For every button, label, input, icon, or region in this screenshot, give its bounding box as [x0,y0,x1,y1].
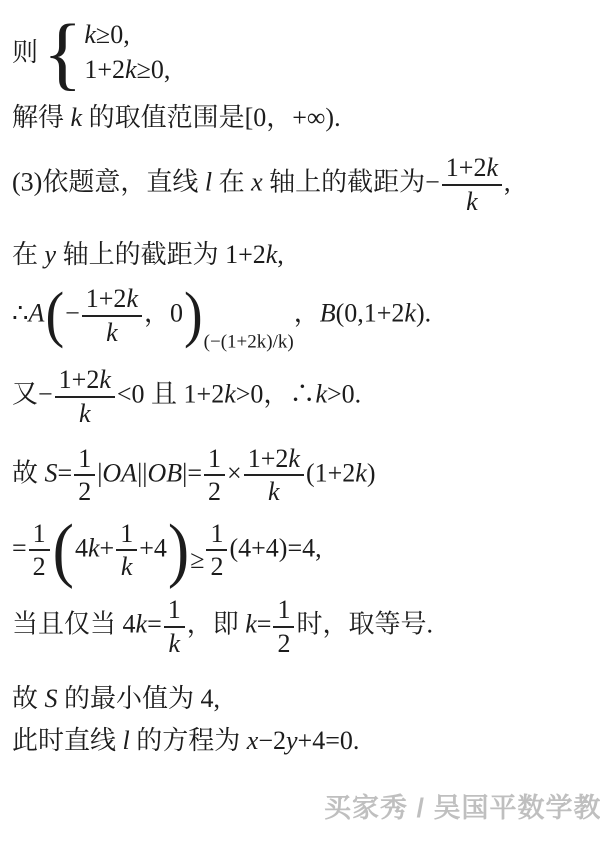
variable: S [45,458,58,487]
text-run: 4 [75,533,88,562]
variable: k [79,399,91,428]
text-run: −2 [258,726,286,755]
variable: y [45,240,57,269]
text-run: ). [416,299,431,328]
denominator: k [55,398,115,427]
case-row: 1+2k≥0, [84,56,170,85]
big-paren-open: ( [45,286,64,346]
numerator: 1 [204,445,225,476]
math-solution-page: 买家秀 / 吴国平数学教育 则 { k≥0, 1+2k≥0, 解得 k 的取值范… [0,0,600,846]
greater-equal-sign: ≥ [190,544,204,577]
math-line-system: 则 { k≥0, 1+2k≥0, [12,16,596,90]
case-row: k≥0, [84,21,170,50]
variable: k [99,365,111,394]
text-run: >0. [327,380,361,409]
numerator: 1 [74,445,95,476]
numerator: 1 [206,520,227,551]
numerator: 1+2k [442,154,502,185]
text-run: (0,1+2 [336,299,405,328]
text-run: 在 [212,168,251,197]
fraction: 1+2kk [82,285,142,346]
math-line-solution-range: 解得 k 的取值范围是[0，+∞). [12,102,596,135]
variable: y [286,726,298,755]
variable: k [315,380,327,409]
left-brace: { [43,16,82,90]
plus-sign: + [100,533,115,562]
math-line-minimum-value: 故 S 的最小值为 4, [12,683,596,716]
fraction: 12 [74,445,95,506]
variable: S [45,684,58,713]
numerator: 1+2k [244,445,304,476]
variable: k [486,153,498,182]
numerator: 1+2k [82,285,142,316]
math-line-final-equation: 此时直线 l 的方程为 x−2y+4=0. [12,725,596,758]
denominator: k [82,317,142,346]
variable: l [205,168,212,197]
text-run: , [504,168,511,197]
text-run: 轴上的截距为− [263,168,440,197]
numerator: 1+2k [55,366,115,397]
text-run: ， [294,299,320,328]
denominator: 2 [204,476,225,505]
denominator: k [164,628,185,657]
variable: k [224,380,236,409]
text-run: 时，取等号. [296,610,433,639]
text-run: +4=0. [298,726,360,755]
text-run: |= [182,458,202,487]
variable: k [126,284,138,313]
variable: k [125,55,137,84]
fraction: 12 [206,520,227,581]
denominator: 2 [273,628,294,657]
text-run: 的取值范围是[0，+∞). [82,103,341,132]
math-line-area-formula: 故 S=12|OA||OB|=12×1+2kk(1+2k) [12,445,596,506]
fraction: 1+2kk [442,154,502,215]
variable: k [288,444,300,473]
text-run: ，0 [144,299,183,328]
text-run: = [257,610,272,639]
denominator: k [116,551,137,580]
numerator: 1 [116,520,137,551]
math-line-points-ab: ∴A(−1+2kk，0)(−(1+2k)/k)，B(0,1+2k). [12,285,596,354]
text-run: +4 [139,533,167,562]
numerator: 1 [29,520,50,551]
variable: x [251,168,263,197]
text-run: 此时直线 [12,726,123,755]
text-run: = [58,458,73,487]
variable: k [404,299,416,328]
numerator: 1 [273,596,294,627]
variable: OB [148,458,183,487]
variable: k [106,318,118,347]
variable: A [29,299,45,328]
minus-sign: − [65,299,80,328]
subscript-annotation: (−(1+2k)/k) [204,332,294,353]
text-run: >0，∴ [236,380,316,409]
text-run: 1+2 [84,55,125,84]
times-sign: × [227,458,242,487]
fraction: 12 [273,596,294,657]
text-run: (1+2 [306,458,355,487]
text-run: = [12,533,27,562]
math-line-x-intercept: (3)依题意，直线 l 在 x 轴上的截距为−1+2kk, [12,154,596,215]
fraction: 12 [204,445,225,506]
variable: k [84,20,96,49]
text-run: ) [367,458,376,487]
therefore-symbol: ∴ [12,299,29,328]
variable: k [136,610,148,639]
text-run: 在 [12,240,45,269]
math-line-amgm-inequality: =12(4k+1k+4)≥12(4+4)=4, [12,520,596,581]
text-run: (3)依题意，直线 [12,168,205,197]
denominator: k [442,186,502,215]
text-run: 当且仅当 4 [12,610,136,639]
variable: k [466,187,478,216]
denominator: k [244,476,304,505]
text-run: = [147,610,162,639]
variable: k [168,629,180,658]
text-run: , [277,240,284,269]
denominator: 2 [74,476,95,505]
text-run: 1+2 [248,444,289,473]
text-run: ，即 [187,610,246,639]
text-run: 又− [12,380,53,409]
variable: k [355,458,367,487]
text-run: 故 [12,684,45,713]
text-run: 解得 [12,103,71,132]
big-paren-open: ( [53,516,74,584]
fraction: 1k [116,520,137,581]
denominator: 2 [206,551,227,580]
equation-system: k≥0, 1+2k≥0, [84,21,170,85]
math-line-equality-condition: 当且仅当 4k=1k，即 k=12时，取等号. [12,596,596,657]
variable: k [266,240,278,269]
fraction: 1+2kk [55,366,115,427]
watermark: 买家秀 / 吴国平数学教育 [324,786,600,825]
variable: k [245,610,257,639]
fraction: 1+2kk [244,445,304,506]
text-run: ≥0, [137,55,171,84]
variable: k [268,477,280,506]
fraction: 1k [164,596,185,657]
text-run: 则 [12,37,38,70]
big-paren-close: ) [168,516,189,584]
text-run: 轴上的截距为 1+2 [56,240,266,269]
text-run: 的最小值为 4, [58,684,221,713]
variable: x [247,726,259,755]
text-run: 1+2 [446,153,487,182]
text-run: <0 且 1+2 [117,380,224,409]
variable: OA [102,458,137,487]
fraction: 12 [29,520,50,581]
text-run: 故 [12,458,45,487]
big-paren-close: ) [184,286,203,346]
text-run: (4+4)=4, [229,533,321,562]
variable: k [71,103,83,132]
text-run: || [137,458,147,487]
variable: k [121,552,133,581]
text-run: 1+2 [86,284,127,313]
variable: k [88,533,100,562]
variable: l [123,726,130,755]
numerator: 1 [164,596,185,627]
math-line-sign-analysis: 又−1+2kk<0 且 1+2k>0，∴k>0. [12,366,596,427]
variable: B [320,299,336,328]
text-run: 1+2 [59,365,100,394]
text-run: 的方程为 [130,726,247,755]
math-line-y-intercept: 在 y 轴上的截距为 1+2k, [12,239,596,272]
denominator: 2 [29,551,50,580]
text-run: ≥0, [96,20,130,49]
